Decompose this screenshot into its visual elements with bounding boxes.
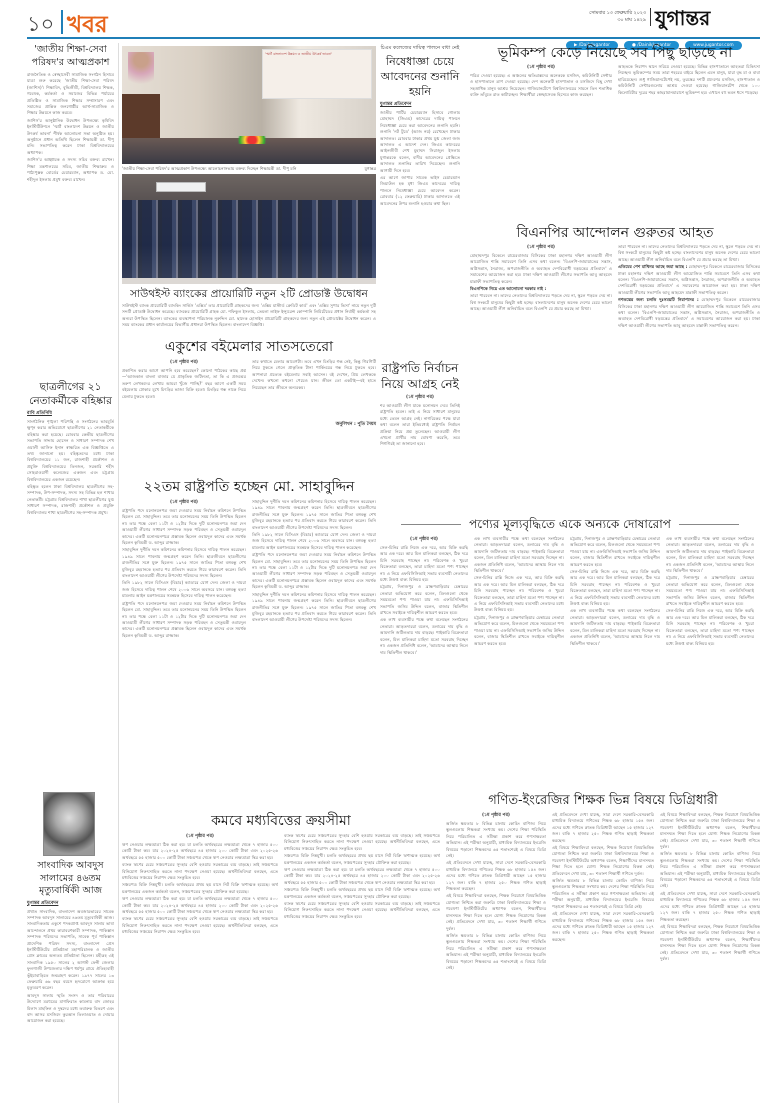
continued-label: (১ম পৃষ্ঠার পর) <box>122 499 246 506</box>
obituary-portrait <box>43 792 95 856</box>
article-body: সেল-চিনির রান্নি নিজে এক দরে, আর বিক্রি … <box>380 545 468 795</box>
date-block: সোমবার ১৩ ফেব্রুয়ারি ২০২৩ ৩০ মাঘ ১৪২৯ <box>556 10 646 24</box>
flowers <box>232 136 272 144</box>
headline-rule-right <box>679 524 739 525</box>
article-math-english: গণিত-ইংরেজির শিক্ষক ভিন্ন বিষয়ে ডিগ্রিধ… <box>446 792 760 1105</box>
photo-bank-launch <box>122 174 376 284</box>
article-body: অর্জিত ক্ষমতার ৮ বিভিন্ন চালায় কোচিং বা… <box>446 821 546 1105</box>
headline: বিএনপির আন্দোলন গুরুতর আহত <box>470 224 760 242</box>
article-body: সাউথইস্ট ব্যাংক প্রায়োরিটি ব্যাংকিং সার… <box>122 303 376 335</box>
date-bengali: ৩০ মাঘ ১৪২৯ <box>556 17 646 24</box>
continued-label: (১ম পৃষ্ঠার পর) <box>446 812 546 819</box>
article-body: সাংগঠনিক শৃঙ্খলা পরিপন্থি ও সংগঠনের ভাবম… <box>27 419 114 799</box>
section-title: খবর <box>67 6 108 45</box>
article-ekushe: একুশের বইমেলার সাতসতেরো (১ম পৃষ্ঠার পর) … <box>122 338 376 428</box>
headline: ছাত্রলীগের ২১ নেতাকর্মীকে বহিষ্কার <box>27 380 114 408</box>
article-body: শর আওয়ামী লীগ যাকে মনোনয়ন দেবে তিনিই র… <box>380 403 460 447</box>
article-body: জাতীয় পার্টির চেয়ারম্যান হিসাবে গোলাম … <box>380 110 460 322</box>
article-body: রাষ্ট্রপতি পদে মনোনয়নপত্র জমা দেওয়ার স… <box>122 508 246 818</box>
headline: ২২তম রাষ্ট্রপতি হচ্ছেন মো. সাহাবুদ্দিন <box>122 478 376 496</box>
continued-label: (১ম পৃষ্ঠার পর) <box>470 64 612 71</box>
article-body: এক লাখ ব্যবসায়ীর পক্ষে কথা বলেছেন সংগঠন… <box>474 536 564 794</box>
article-price-hike: পণ্যের মূল্যবৃদ্ধিতে একে অন্যকে দোষারোপ … <box>380 516 760 795</box>
speaker <box>128 52 154 92</box>
headline: রাষ্ট্রপতি নির্বাচন নিয়ে আগ্রহ নেই <box>380 360 460 392</box>
photo-education-seminar: 'স্মার্ট বাংলাদেশ উন্নয়ন ও জাতীয় উৎকর্… <box>122 46 376 164</box>
headline: একুশের বইমেলার সাতসতেরো <box>122 338 376 356</box>
header-rule <box>27 37 760 39</box>
article-body: এই প্রতিবেদনে দেখা যাচ্ছে, সারা দেশে সরক… <box>552 812 654 1104</box>
article-body: তারা পারবেন না। তাদের নেতাদের বিশ্ববিদ্য… <box>618 244 760 436</box>
podium <box>122 94 160 144</box>
headline: নিষেধাজ্ঞা চেয়ে আবেদনের শুনানি হয়নি <box>380 54 460 99</box>
headline: সাউথইস্ট ব্যাংকের প্রায়োরিটি নতুন ২টি প… <box>122 287 376 301</box>
article-body: সাহাবুদ্দিন দুর্নীতি দমন কমিশনের কমিশনার… <box>252 499 376 817</box>
headline: গণিত-ইংরেজির শিক্ষক ভিন্ন বিষয়ে ডিগ্রিধ… <box>446 792 760 809</box>
stage-banner: 'স্মার্ট বাংলাদেশ উন্নয়ন ও জাতীয় উৎকর্… <box>262 49 372 99</box>
headline: কমবে মধ্যবিত্তের ক্রয়সীমা <box>122 812 440 830</box>
masthead-divider <box>650 8 651 26</box>
article-body: মোহাম্মদপুর বিকেলে রায়েরবাজার বিসিকের ঢ… <box>470 253 612 438</box>
headline-rule-left <box>401 524 461 525</box>
continued-label: (১ম পৃষ্ঠার পর) <box>380 536 468 543</box>
article-middle-class: কমবে মধ্যবিত্তের ক্রয়সীমা (১ম পৃষ্ঠার প… <box>122 812 440 1104</box>
continued-label: (১ম পৃষ্ঠার পর) <box>122 359 246 366</box>
article-shahabuddin: ২২তম রাষ্ট্রপতি হচ্ছেন মো. সাহাবুদ্দিন (… <box>122 478 376 818</box>
article-southeast-bank: সাউথইস্ট ব্যাংকের প্রায়োরিটি নতুন ২টি প… <box>122 287 376 335</box>
article-bnp: বিএনপির আন্দোলন গুরুতর আহত (১ম পৃষ্ঠার প… <box>470 224 760 438</box>
article-education-council: 'জাতীয় শিক্ষা-সেবা পরিষদ'র আত্মপ্রকাশ র… <box>27 43 114 294</box>
article-body: প্রকাশিত করার আগে আপনি হবে করেছেন? কোনো … <box>122 368 246 428</box>
byline: যুগান্তর প্রতিবেদন <box>380 101 460 108</box>
article-body: এক লাখ ব্যবসায়ীর পক্ষে কথা বলেছেন সংগঠন… <box>666 536 754 794</box>
credit: অনুলিখন : পুতি দৈয়ম <box>252 421 376 428</box>
article-body: এই বিষয়ে শিক্ষাবিদরা বলছেন, শিক্ষক নিয়… <box>660 812 760 1104</box>
continued-label: (১ম পৃষ্ঠার পর) <box>122 833 278 840</box>
header-divider <box>61 10 63 34</box>
continued-label: (১ম পৃষ্ঠার পর) <box>380 394 460 401</box>
article-body: পরিত্র দেওয়া হয়েছে। এ অঞ্চলের ক্ষতিগ্র… <box>470 73 612 228</box>
kicker: চিএম কলেজের দায়িত্ব পালনে বাধা নেই <box>380 45 460 52</box>
date-gregorian: সোমবার ১৩ ফেব্রুয়ারি ২০২৩ <box>556 10 646 17</box>
article-cm-college: চিএম কলেজের দায়িত্ব পালনে বাধা নেই নিষে… <box>380 45 460 322</box>
article-body: চট্টগ্রাম, দিনাজপুর ও ব্রাহ্মণবাড়িয়ার … <box>570 536 660 794</box>
headline: ভূমিকম্প কেড়ে নিয়েছে সব পিছু ছাড়ছে না <box>470 44 760 62</box>
article-chhatraleague: ছাত্রলীগের ২১ নেতাকর্মীকে বহিষ্কার রাবি … <box>27 380 114 799</box>
column-rule <box>118 43 119 1103</box>
headline: সাংবাদিক আবদুস সালামের ৪৬তম মৃত্যুবার্ষি… <box>27 860 114 898</box>
headline: পণ্যের মূল্যবৃদ্ধিতে একে অন্যকে দোষারোপ <box>380 516 760 532</box>
headline: 'জাতীয় শিক্ষা-সেবা পরিষদ'র আত্মপ্রকাশ <box>27 43 114 69</box>
continued-label: (১ম পৃষ্ঠার পর) <box>470 244 612 251</box>
article-body: ব্যাংক ঋণের চেয়ে সঞ্চয়পত্রের সুদহার বে… <box>284 833 440 1103</box>
people-row <box>122 200 376 278</box>
article-body: ঋণ নেওয়ার লক্ষ্যমাত্রা ঠিক করা হয়। যা … <box>122 842 278 1104</box>
byline: যুগান্তর প্রতিবেদন <box>27 900 114 907</box>
article-body: আহতকে নিরাপদ স্থানে সরিয়ে নেওয়া হয়েছে… <box>618 64 760 226</box>
article-body: রাজনৈতিক ও স্বেচ্ছাসেবী সামাজিক সংগঠন হি… <box>27 72 114 294</box>
article-president-election: রাষ্ট্রপতি নির্বাচন নিয়ে আগ্রহ নেই (১ম … <box>380 360 460 447</box>
article-body: তার কথাতে মেলার আবেগটা। তবে এখন চিংড়ির … <box>252 359 376 417</box>
bank-logo-banner <box>156 182 206 192</box>
article-obituary: সাংবাদিক আবদুস সালামের ৪৬তম মৃত্যুবার্ষি… <box>27 860 114 1109</box>
byline: রাবি প্রতিনিধি <box>27 410 114 417</box>
article-earthquake: ভূমিকম্প কেড়ে নিয়েছে সব পিছু ছাড়ছে না… <box>470 44 760 228</box>
photo1-caption: 'জাতীয় শিক্ষা-সেবা পরিষদ'র আত্মপ্রকাশ উ… <box>122 166 376 173</box>
article-body: প্রথাত সাংবাদিক, বাংলাদেশ অবজারভারের সাব… <box>27 909 114 1109</box>
